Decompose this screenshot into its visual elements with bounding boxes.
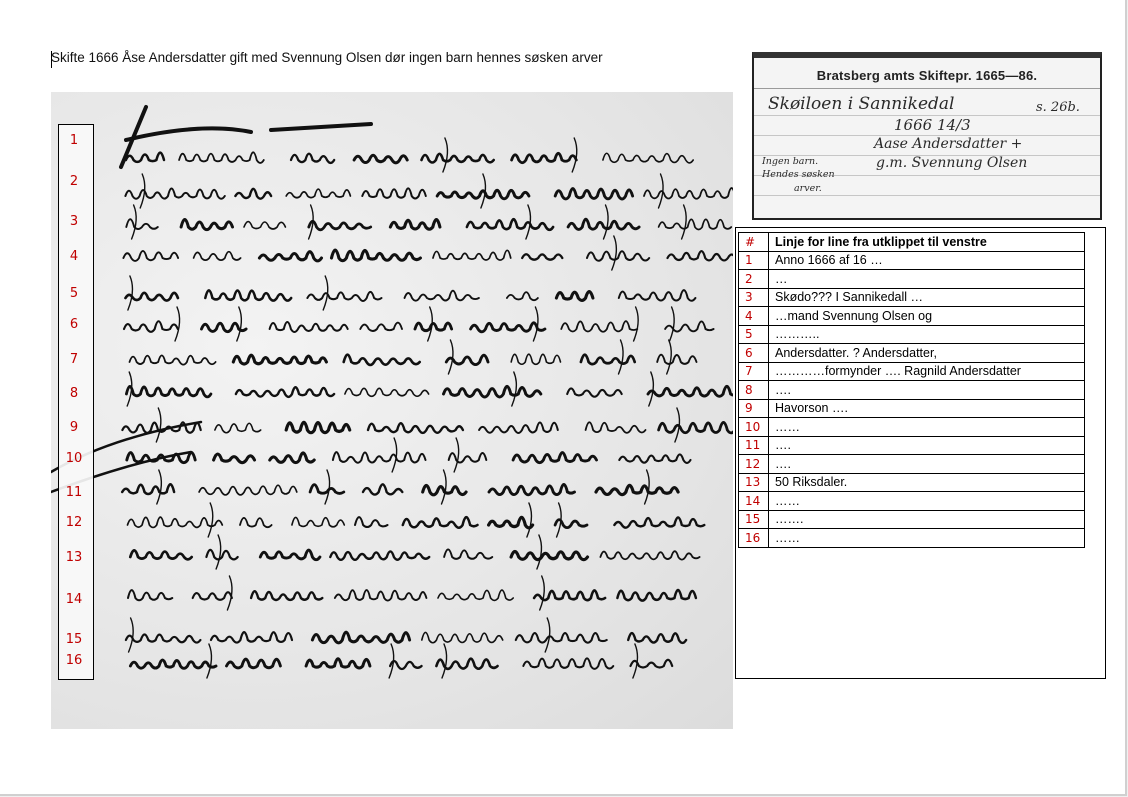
document-page: Skifte 1666 Åse Andersdatter gift med Sv… [0, 0, 1127, 796]
line-number: 11 [59, 485, 89, 500]
row-text[interactable]: ……. [769, 510, 1085, 529]
line-number: 1 [59, 133, 89, 148]
transcription-table: # Linje for line fra utklippet til venst… [738, 232, 1085, 548]
line-number-column: 12345678910111213141516 [58, 124, 94, 680]
row-text[interactable]: …. [769, 455, 1085, 474]
row-text[interactable]: 50 Riksdaler. [769, 473, 1085, 492]
table-row: 14 …… [739, 492, 1085, 511]
table-row: 7…………formynder …. Ragnild Andersdatter [739, 362, 1085, 381]
row-text[interactable]: ……….. [769, 325, 1085, 344]
table-row: 2… [739, 270, 1085, 289]
card-place: Skøiloen i Sannikedal [768, 94, 954, 114]
row-number: 11 [739, 436, 769, 455]
row-number: 7 [739, 362, 769, 381]
handwriting-strokes [51, 92, 733, 729]
table-row: 13 50 Riksdaler. [739, 473, 1085, 492]
text-cursor [51, 51, 52, 68]
table-row: 3Skødo??? I Sannikedall … [739, 288, 1085, 307]
row-text[interactable]: …… [769, 418, 1085, 437]
line-number: 10 [59, 451, 89, 466]
table-row: 8…. [739, 381, 1085, 400]
row-number: 9 [739, 399, 769, 418]
row-number: 1 [739, 251, 769, 270]
row-number: 3 [739, 288, 769, 307]
line-number: 12 [59, 515, 89, 530]
row-number: 12 [739, 455, 769, 474]
table-row: 10…… [739, 418, 1085, 437]
card-note-1: Ingen barn. [762, 156, 818, 167]
table-row: 11…. [739, 436, 1085, 455]
transcription-panel: # Linje for line fra utklippet til venst… [735, 227, 1106, 679]
row-text[interactable]: Havorson …. [769, 399, 1085, 418]
row-number: 5 [739, 325, 769, 344]
row-number: 13 [739, 473, 769, 492]
table-row: 9Havorson …. [739, 399, 1085, 418]
row-number: 10 [739, 418, 769, 437]
row-number: 4 [739, 307, 769, 326]
card-spouse: g.m. Svennung Olsen [876, 155, 1027, 171]
row-text[interactable]: …. [769, 436, 1085, 455]
header-text: Linje for line fra utklippet til venstre [769, 233, 1085, 252]
row-text[interactable]: Andersdatter. ? Andersdatter, [769, 344, 1085, 363]
row-number: 15 [739, 510, 769, 529]
table-row: 15 ……. [739, 510, 1085, 529]
card-date: 1666 14/3 [894, 116, 971, 134]
line-number: 6 [59, 317, 89, 332]
line-number: 5 [59, 286, 89, 301]
line-number: 13 [59, 550, 89, 565]
row-text[interactable]: Skødo??? I Sannikedall … [769, 288, 1085, 307]
card-header: Bratsberg amts Skiftepr. 1665—86. [754, 68, 1100, 83]
table-row: 12…. [739, 455, 1085, 474]
line-number: 4 [59, 249, 89, 264]
row-text[interactable]: …… [769, 492, 1085, 511]
index-card-image: Bratsberg amts Skiftepr. 1665—86. Skøilo… [752, 52, 1102, 220]
table-row: 16 …… [739, 529, 1085, 548]
card-page-ref: s. 26b. [1036, 100, 1080, 115]
manuscript-image [51, 92, 733, 729]
row-number: 6 [739, 344, 769, 363]
line-number: 15 [59, 632, 89, 647]
row-text[interactable]: Anno 1666 af 16 … [769, 251, 1085, 270]
row-text[interactable]: …………formynder …. Ragnild Andersdatter [769, 362, 1085, 381]
row-number: 16 [739, 529, 769, 548]
row-text[interactable]: …mand Svennung Olsen og [769, 307, 1085, 326]
card-deceased: Aase Andersdatter + [874, 136, 1022, 152]
line-number: 8 [59, 386, 89, 401]
row-text[interactable]: … [769, 270, 1085, 289]
document-title[interactable]: Skifte 1666 Åse Andersdatter gift med Sv… [51, 50, 603, 65]
header-num: # [739, 233, 769, 252]
line-number: 2 [59, 174, 89, 189]
line-number: 16 [59, 653, 89, 668]
row-text[interactable]: …… [769, 529, 1085, 548]
line-number: 14 [59, 592, 89, 607]
line-number: 3 [59, 214, 89, 229]
table-header-row: # Linje for line fra utklippet til venst… [739, 233, 1085, 252]
row-number: 2 [739, 270, 769, 289]
table-row: 1Anno 1666 af 16 … [739, 251, 1085, 270]
row-text[interactable]: …. [769, 381, 1085, 400]
card-note-2: Hendes søsken [762, 169, 835, 180]
line-number: 9 [59, 420, 89, 435]
card-note-3: arver. [794, 183, 822, 194]
table-row: 6Andersdatter. ? Andersdatter, [739, 344, 1085, 363]
line-number: 7 [59, 352, 89, 367]
row-number: 8 [739, 381, 769, 400]
row-number: 14 [739, 492, 769, 511]
table-row: 5……….. [739, 325, 1085, 344]
table-row: 4…mand Svennung Olsen og [739, 307, 1085, 326]
